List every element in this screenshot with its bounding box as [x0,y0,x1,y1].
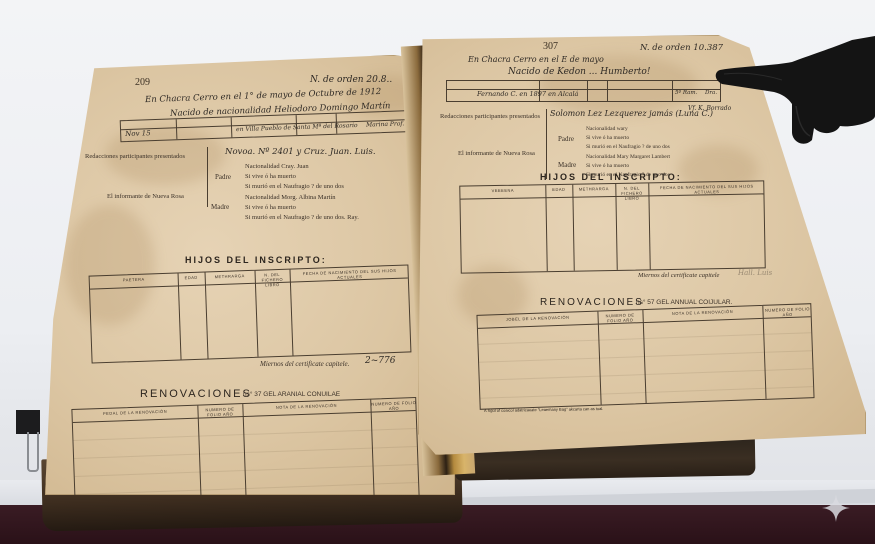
renewals-subtitle: ns° 37 GEL ARANIAL CONUILAE [243,391,340,398]
page-number: 307 [543,41,558,52]
bracket [546,109,547,179]
children-table: PAETERA EDAD METHRARGA N. DEL FICHERO LI… [89,264,412,363]
bracket [207,147,208,207]
header-line-2: Nacido de Kedon ... Humberto! [508,67,650,77]
gloved-hand-pointing-icon [712,36,875,156]
left-page: 209 N. de orden 20.8.. En Chacra Cerro e… [45,55,455,495]
page-number: 209 [135,77,150,88]
participants-label: Redacciones participantes presentados [85,153,185,160]
column-header: METHRARGA [572,186,615,192]
binder-clip-wire [27,432,39,472]
table-cell: Nov 15 [125,129,151,138]
father-label: Padre [215,173,231,181]
column-header: FECHA DE NACIMIENTO DEL SUS HIJOS ACTUAL… [648,183,765,195]
column-header: EDAD [178,275,205,281]
renewals-heading: RENOVACIONES [540,297,644,308]
informant-label: El informante de Nueva Rosa [458,150,535,157]
table-cell: 5º Ram. [675,90,697,96]
renewals-table: PEDAL DE LA RENOVACIÓN NUMERO DE FOLIO A… [71,397,419,509]
certificate-label: Miernos del certificate capitele. [260,360,349,368]
father-label: Padre [558,135,574,143]
mother-label: Madre [211,203,229,211]
column-header: NUMERO DE FOLIO AÑO [762,306,812,318]
column-header: NUMERO DE FOLIO AÑO [597,312,642,324]
sparkle-watermark-icon [822,494,850,522]
father-details: Nacionalidad Cray. JuanSi vive ó ha muer… [245,162,344,192]
participants-value: Novoa. Nº 2401 y Cruz. Juan. Luis. [225,147,376,157]
binder-clip-icon [16,410,40,434]
order-number: N. de orden 10.387 [640,43,723,53]
certificate-value: Hall. Luis [738,269,772,277]
birth-data-table: Fernando C. en 1897 en Alcalá 5º Ram. Dr… [446,80,721,102]
table-cell: Marina Prof. [366,120,405,128]
participants-label: Redacciones participantes presentados [440,113,540,120]
certificate-label: Miernos del certificate capitele [638,272,719,279]
renewals-subtitle: ns° 57 GEL ANNUAL COIJULAR. [636,299,732,306]
certificate-value: 2~776 [365,356,395,366]
column-header: N. DEL FICHERO LIBRO [255,272,291,288]
children-table: VEEEENA EDAD METHRARGA N. DEL FICHERO LI… [459,180,765,273]
informant-label: El informante de Nueva Rosa [107,193,184,200]
table-cell: Fernando C. en 1897 en Alcalá [477,90,578,98]
mother-details: Nacionalidad Morg. Albina MartínSi vive … [245,193,359,223]
column-header: N. DEL FICHERO LIBRO [615,185,648,201]
renewals-heading: RENOVACIONES [140,388,252,400]
column-header: EDAD [545,187,572,192]
renewals-table: JOBEL DE LA RENOVACIÓN NUMERO DE FOLIO A… [476,303,814,410]
column-header: NUMERO DE FOLIO AÑO [370,400,417,412]
header-line-1: En Chacra Cerro en el E de mayo [468,55,604,64]
column-header: NUMERO DE FOLIO AÑO [197,406,242,418]
order-number: N. de orden 20.8.. [310,75,392,85]
children-heading: HIJOS DEL INSCRIPTO: [540,172,682,182]
father-details: Nacionalidad warySi vive ó ha muertoSi m… [586,125,670,152]
footnote: A Sgúl of coaicol adatricaeate "Leaemany… [484,406,603,413]
mother-label: Madre [558,161,576,169]
birth-data-table: Nov 15 en Villa Pueblo de Santa Mª del R… [120,110,421,142]
children-heading: HIJOS DEL INSCRIPTO: [185,255,327,265]
